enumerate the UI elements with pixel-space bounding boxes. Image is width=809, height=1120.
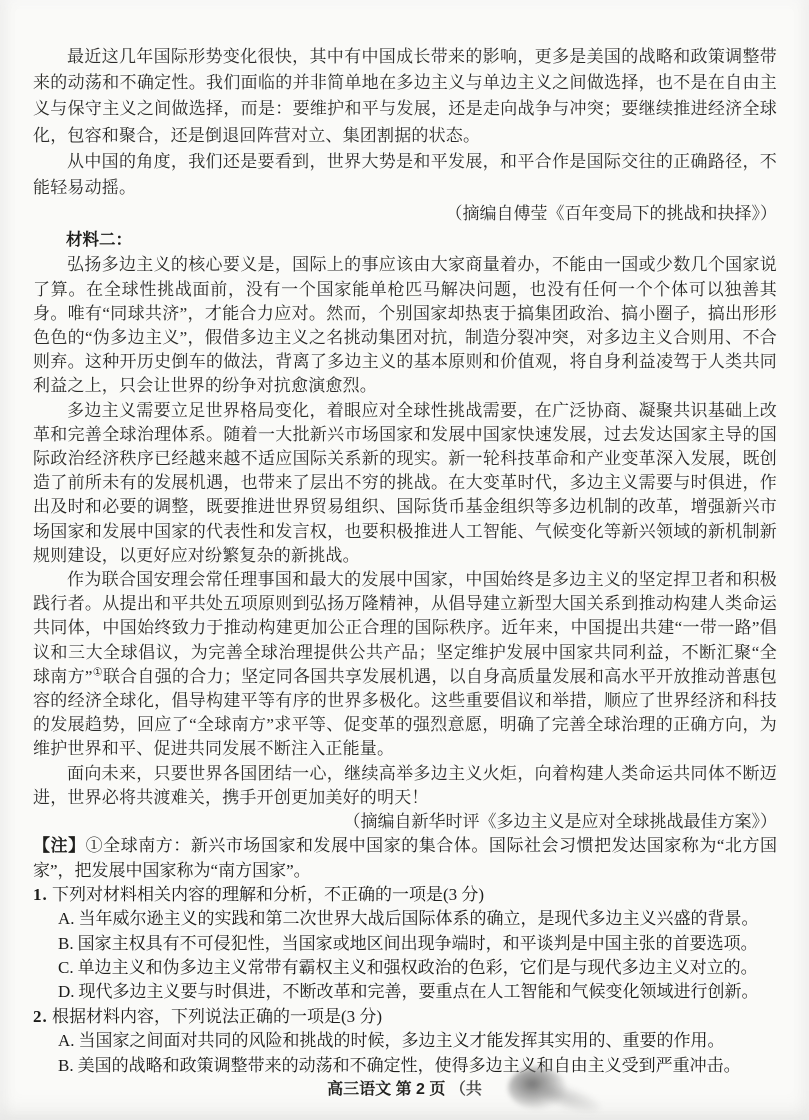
question-number: 1. — [33, 885, 48, 904]
question-2-option-a: A.当国家之间面对共同的风险和挑战的时候，多边主义才能发挥其实用的、重要的作用。 — [33, 1029, 777, 1053]
exam-content: 最近这几年国际形势变化很快，其中有中国成长带来的影响，更多是美国的战略和政策调整… — [33, 44, 777, 1078]
question-2: 2. 根据材料内容，下列说法正确的一项是(3 分) A.当国家之间面对共同的风险… — [33, 1005, 777, 1078]
footer-obscured-text: （共 — [450, 1081, 482, 1098]
option-text: 国家主权具有不可侵犯性，当国家或地区间出现争端时，和平谈判是中国主张的首要选项。 — [78, 934, 758, 953]
option-text: 当国家之间面对共同的风险和挑战的时候，多边主义才能发挥其实用的、重要的作用。 — [79, 1031, 725, 1050]
question-1-option-d: D.现代多边主义要与时俱进，不断改革和完善，要重点在人工智能和气候变化领域进行创… — [33, 980, 777, 1004]
question-1: 1. 下列对材料相关内容的理解和分析，不正确的一项是(3 分) A.当年威尔逊主… — [33, 883, 777, 1005]
material-two-heading: 材料二： — [33, 227, 777, 253]
question-text: 下列对材料相关内容的理解和分析，不正确的一项是(3 分) — [52, 885, 484, 904]
option-text: 现代多边主义要与时俱进，不断改革和完善，要重点在人工智能和气候变化领域进行创新。 — [79, 982, 759, 1001]
material-one: 最近这几年国际形势变化很快，其中有中国成长带来的影响，更多是美国的战略和政策调整… — [33, 44, 777, 227]
question-1-option-c: C.单边主义和伪多边主义常带有霸权主义和强权政治的色彩，它们是与现代多边主义对立… — [33, 956, 777, 980]
material-two-paragraph-2: 多边主义需要立足世界格局变化，着眼应对全球性挑战需要，在广泛协商、凝聚共识基础上… — [33, 399, 777, 568]
material-two: 材料二： 弘扬多边主义的核心要义是，国际上的事应该由大家商量着办，不能由一国或少… — [33, 227, 777, 834]
question-1-option-b: B.国家主权具有不可侵犯性，当国家或地区间出现争端时，和平谈判是中国主张的首要选… — [33, 932, 777, 956]
question-2-option-b: B.美国的战略和政策调整带来的动荡和不确定性，使得多边主义和自由主义受到严重冲击… — [33, 1054, 777, 1078]
material-two-paragraph-3: 作为联合国安理会常任理事国和最大的发展中国家，中国始终是多边主义的坚定捍卫者和积… — [33, 568, 777, 762]
option-label: B. — [58, 934, 74, 953]
footnote: 【注】①全球南方：新兴市场国家和发展中国家的集合体。国际社会习惯把发达国家称为“… — [33, 834, 777, 882]
material-one-paragraph-2: 从中国的角度，我们还是要看到，世界大势是和平发展，和平合作是国际交往的正确路径，… — [33, 149, 777, 201]
material-two-paragraph-1: 弘扬多边主义的核心要义是，国际上的事应该由大家商量着办，不能由一国或少数几个国家… — [33, 253, 777, 398]
footer-label: 高三语文 第 2 页 — [327, 1081, 445, 1098]
question-1-option-a: A.当年威尔逊主义的实践和第二次世界大战后国际体系的确立，是现代多边主义兴盛的背… — [33, 907, 777, 931]
question-stem: 1. 下列对材料相关内容的理解和分析，不正确的一项是(3 分) — [33, 883, 777, 907]
option-label: B. — [58, 1056, 74, 1075]
option-text: 单边主义和伪多边主义常带有霸权主义和强权政治的色彩，它们是与现代多边主义对立的。 — [78, 958, 758, 977]
material-one-paragraph-1: 最近这几年国际形势变化很快，其中有中国成长带来的影响，更多是美国的战略和政策调整… — [33, 44, 777, 149]
question-number: 2. — [33, 1007, 48, 1026]
option-label: A. — [58, 909, 75, 928]
footnote-label: 【注】 — [33, 836, 86, 855]
option-label: D. — [58, 982, 75, 1001]
question-text: 根据材料内容，下列说法正确的一项是(3 分) — [52, 1007, 382, 1026]
option-text: 当年威尔逊主义的实践和第二次世界大战后国际体系的确立，是现代多边主义兴盛的背景。 — [79, 909, 759, 928]
question-stem: 2. 根据材料内容，下列说法正确的一项是(3 分) — [33, 1005, 777, 1029]
material-one-citation: （摘编自傅莹《百年变局下的挑战和抉择》） — [33, 201, 777, 227]
material-two-citation: （摘编自新华时评《多边主义是应对全球挑战最佳方案》） — [33, 810, 777, 834]
paragraph-text: 联合自强的合力；坚定同各国共享发展机遇，以自身高质量发展和高水平开放推动普惠包容… — [33, 667, 777, 759]
footnote-marker: ① — [93, 666, 103, 678]
exam-page: 最近这几年国际形势变化很快，其中有中国成长带来的影响，更多是美国的战略和政策调整… — [0, 0, 809, 1120]
option-label: C. — [58, 958, 74, 977]
option-text: 美国的战略和政策调整带来的动荡和不确定性，使得多边主义和自由主义受到严重冲击。 — [78, 1056, 741, 1075]
material-two-paragraph-4: 面向未来，只要世界各国团结一心，继续高举多边主义火炬，向着构建人类命运共同体不断… — [33, 762, 777, 810]
footnote-text: ①全球南方：新兴市场国家和发展中国家的集合体。国际社会习惯把发达国家称为“北方国… — [33, 836, 777, 879]
option-label: A. — [58, 1031, 75, 1050]
page-footer: 高三语文 第 2 页 （共 — [0, 1076, 809, 1099]
